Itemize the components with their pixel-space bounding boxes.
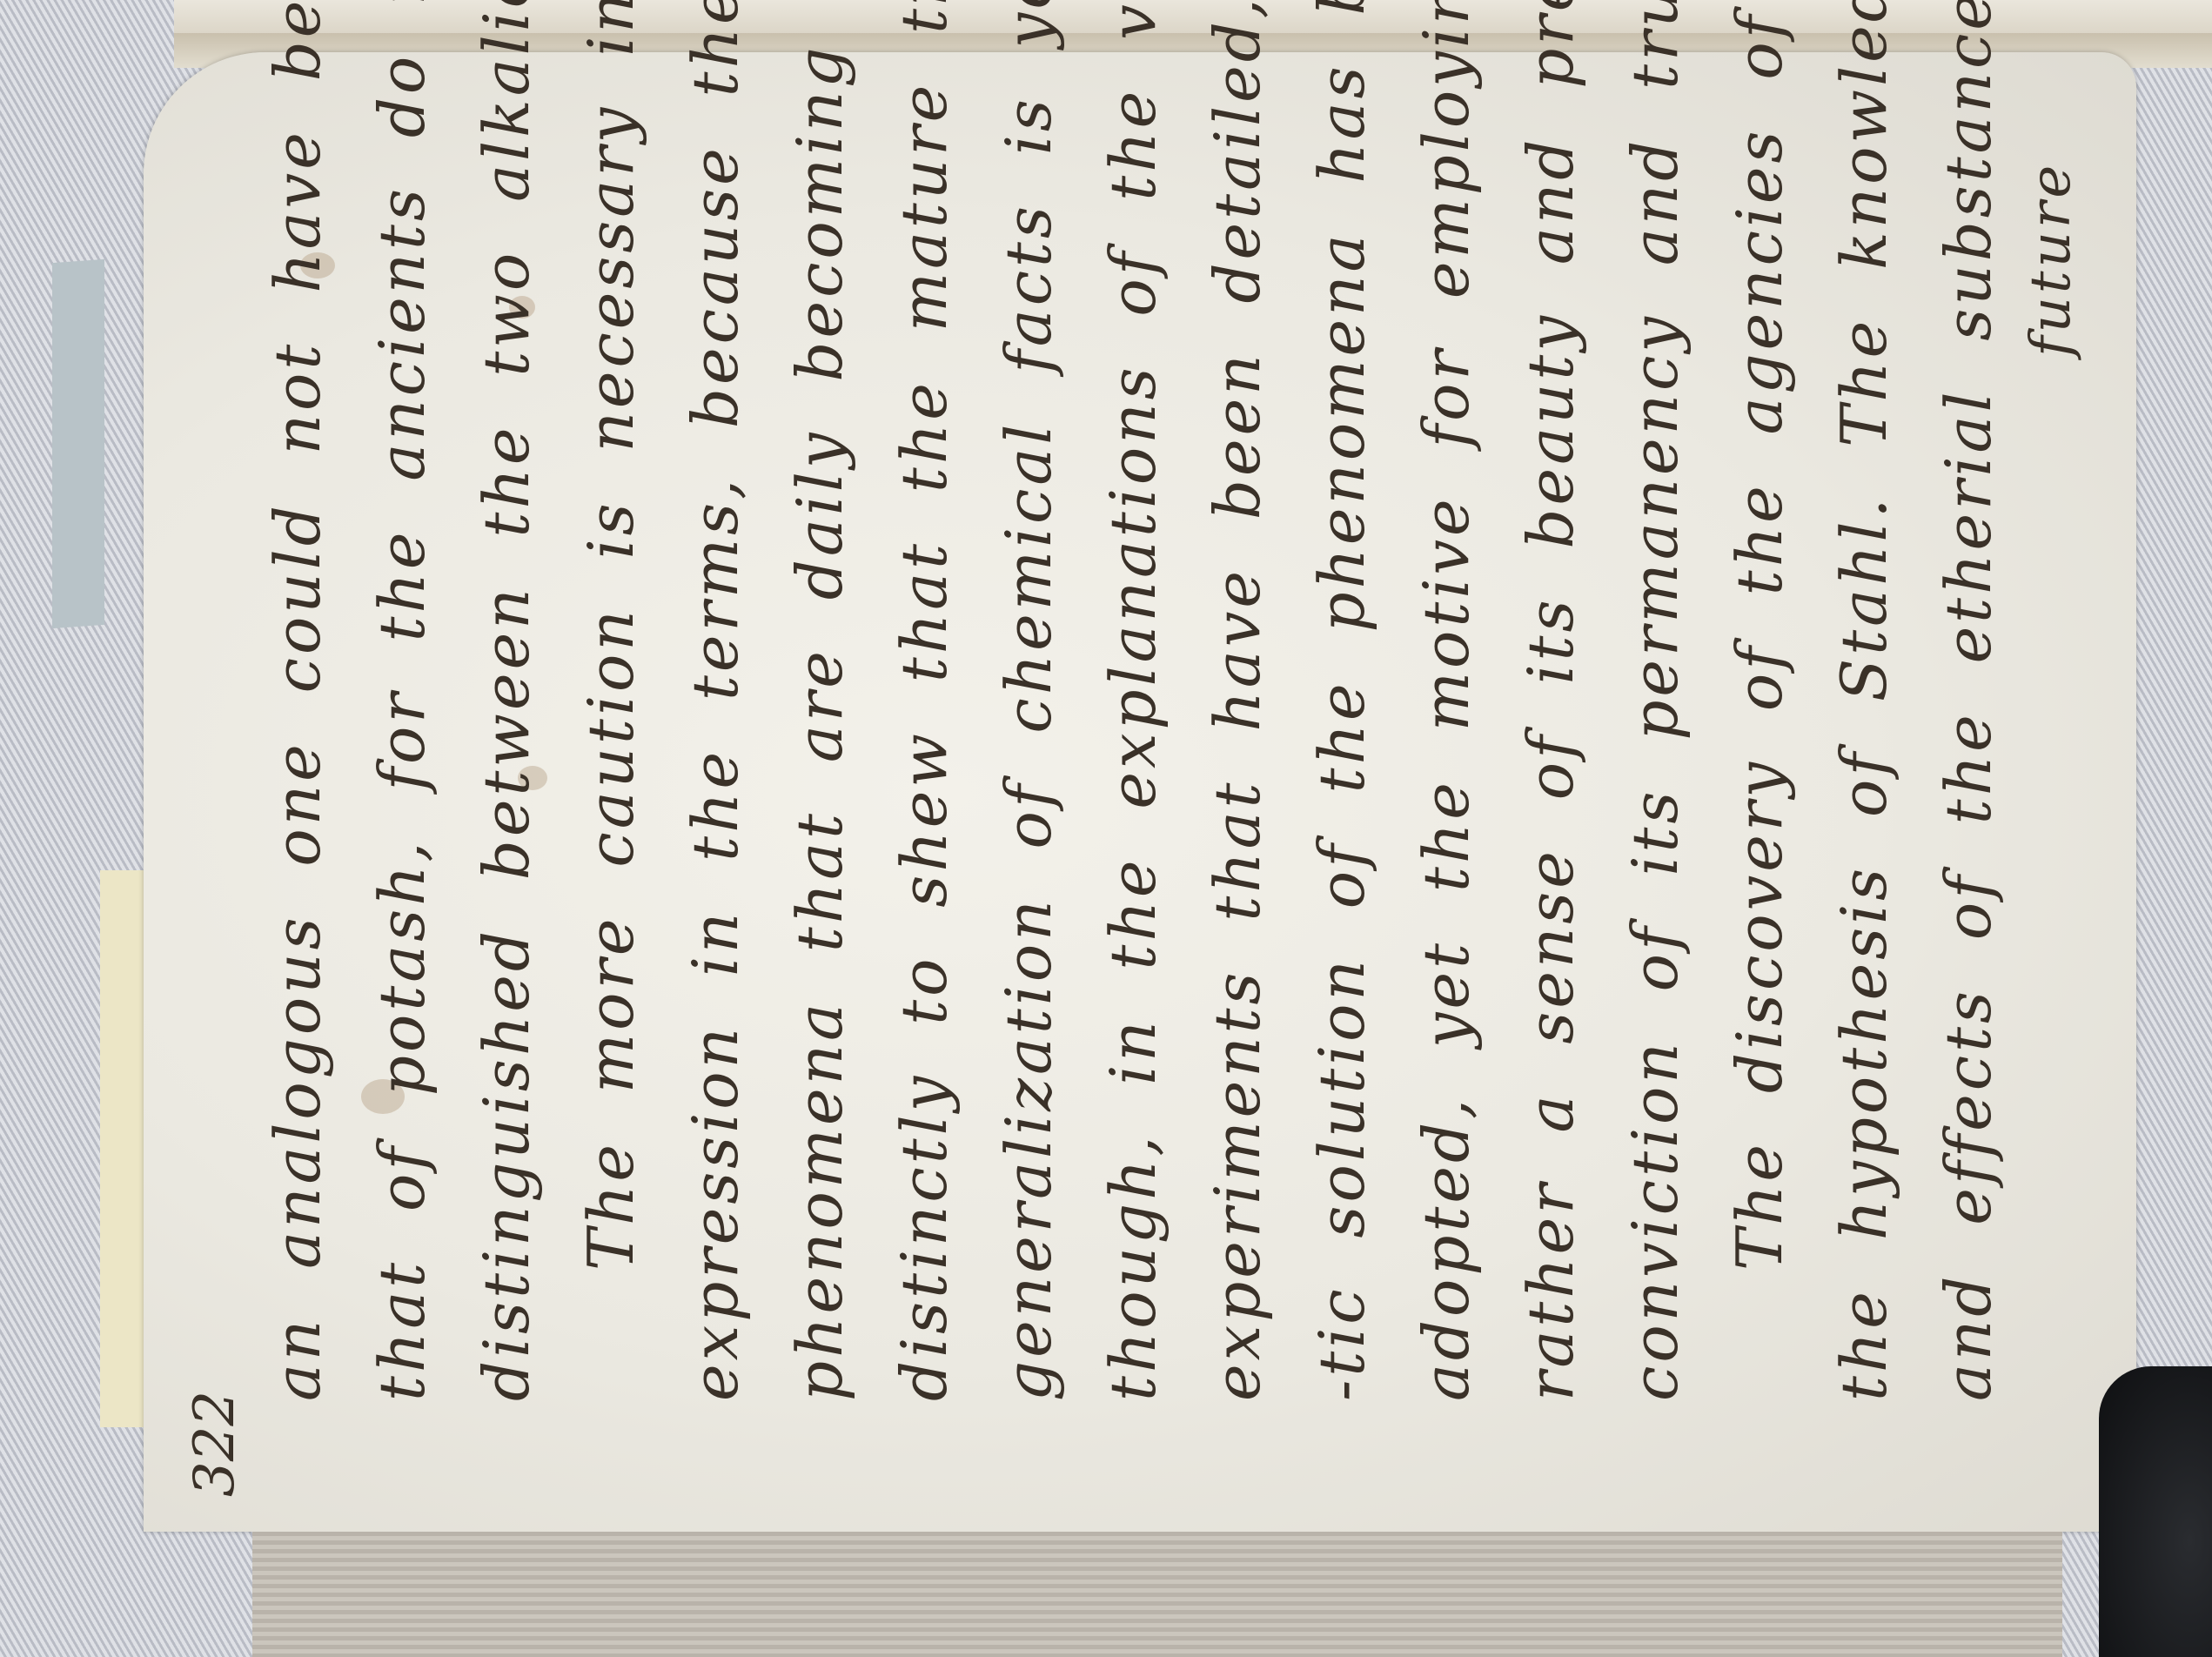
- manuscript-line-5: expression in the terms, because the new…: [679, 0, 752, 1401]
- manuscript-line-8: generalization of chemical facts is yet …: [992, 0, 1065, 1401]
- manuscript-line-3: distinguished between the two alkalies.: [470, 0, 543, 1401]
- manuscript-line-16: the hypothesis of Stahl. The knowledge o…: [1827, 0, 1900, 1401]
- manuscript-line-4: The more caution is necessary in avoidin…: [574, 0, 647, 1271]
- manuscript-line-15: The discovery of the agencies of the gas…: [1723, 0, 1796, 1271]
- catchword: future: [2019, 162, 2083, 357]
- page-block-fore-edge: [252, 1532, 2062, 1657]
- manuscript-line-17: and effects of the etherial substances m…: [1932, 0, 2005, 1401]
- manuscript-text-area: 322 an analogous one could not have been…: [122, 52, 2071, 1532]
- dark-object-corner: [2099, 1366, 2212, 1657]
- manuscript-line-14: conviction of its permanency and truth.: [1619, 0, 1692, 1401]
- manuscript-line-9: though, in the explanations of the vario…: [1096, 0, 1170, 1401]
- manuscript-line-11: -tic solution of the phenomena has been …: [1305, 0, 1378, 1401]
- manuscript-line-1: an analogous one could not have been app…: [261, 0, 334, 1401]
- manuscript-line-10: experiments that have been detailed, the…: [1201, 0, 1274, 1401]
- manuscript-line-2: that of potash, for the ancients do not …: [365, 0, 439, 1401]
- manuscript-line-12: adopted, yet the motive for employing it…: [1410, 0, 1483, 1401]
- handwritten-text: 322 an analogous one could not have been…: [122, 52, 2071, 1532]
- blue-bookmark-tab: [52, 259, 104, 628]
- manuscript-line-6: phenomena that are daily becoming disclo…: [783, 0, 856, 1401]
- page-number: 322: [183, 1391, 247, 1497]
- manuscript-line-13: rather a sense of its beauty and precisi…: [1514, 0, 1587, 1401]
- manuscript-line-7: distinctly to shew that the mature time …: [888, 0, 961, 1401]
